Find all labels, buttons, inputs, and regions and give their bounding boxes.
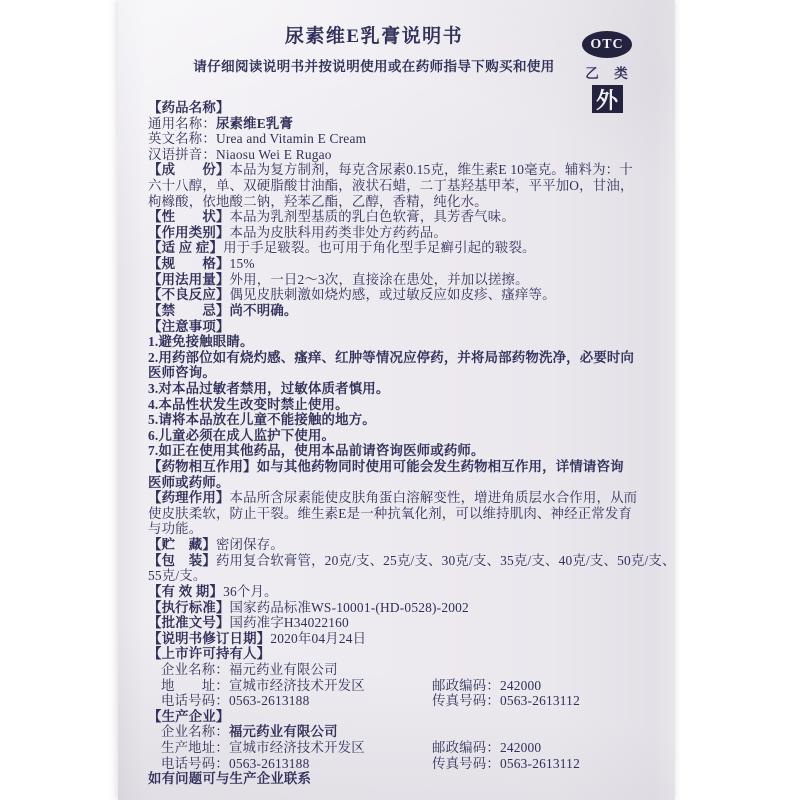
leaflet-header: 尿素维E乳膏说明书 请仔细阅读说明书并按说明使用或在药师指导下购买和使用 xyxy=(148,21,600,75)
text-segment: 【适 应 症】 xyxy=(148,240,223,255)
text-segment: 本品为复方制剂，每克含尿素0.15克，维生素E 10毫克。辅料为：十 xyxy=(230,162,633,177)
text-segment: 使皮肤柔软，防止干裂。维生素E是一种抗氧化剂，可以维持肌肉、神经正常发育 xyxy=(148,506,632,521)
line-left-column: 地 址：宣城市经济技术开发区 xyxy=(161,678,432,694)
doc-line: 1.避免接触眼睛。 xyxy=(148,334,663,350)
text-segment: 密闭保存。 xyxy=(216,537,284,552)
text-segment: 邮政编码：242000 xyxy=(432,740,541,755)
text-segment: 【注意事项】 xyxy=(148,319,230,334)
text-segment: 7.如正在使用其他药品，使用本品前请咨询医师或药师。 xyxy=(148,443,485,458)
text-segment: 通用名称： xyxy=(148,116,216,131)
line-left-column: 电话号码：0563-2613188 xyxy=(161,756,432,772)
line-left-column: 通用名称：尿素维E乳膏 xyxy=(148,116,293,131)
line-left-column: 2.用药部位如有烧灼感、瘙痒、红肿等情况应停药，并将局部药物洗净，必要时向 xyxy=(148,350,634,365)
line-left-column: 【成 份】本品为复方制剂，每克含尿素0.15克，维生素E 10毫克。辅料为：十 xyxy=(148,162,633,177)
doc-line: 6.儿童必须在成人监护下使用。 xyxy=(148,428,663,444)
text-segment: 企业名称：福元药业有限公司 xyxy=(161,662,338,677)
line-left-column: 【药物相互作用】如与其他药物同时使用可能会发生药物相互作用，详情请咨询 xyxy=(148,459,624,474)
text-segment: 6.儿童必须在成人监护下使用。 xyxy=(148,428,335,443)
line-left-column: 7.如正在使用其他药品，使用本品前请咨询医师或药师。 xyxy=(148,443,485,458)
line-left-column: 【批准文号】国药准字H34022160 xyxy=(148,615,349,630)
line-left-column: 生产地址：宣城市经济技术开发区 xyxy=(161,740,432,756)
line-left-column: 企业名称：福元药业有限公司 xyxy=(161,724,338,739)
line-left-column: 【生产企业】 xyxy=(148,709,230,724)
line-left-column: 【贮 藏】密闭保存。 xyxy=(148,537,284,552)
text-segment: 英文名称：Urea and Vitamin E Cream xyxy=(148,131,366,146)
doc-line: 枸橼酸，依地酸二钠，羟苯乙酯，乙醇，香精，纯化水。 xyxy=(148,194,663,210)
line-left-column: 6.儿童必须在成人监护下使用。 xyxy=(148,428,335,443)
text-segment: 【贮 藏】 xyxy=(148,537,216,552)
text-segment: 36个月。 xyxy=(223,584,278,599)
line-left-column: 六十八醇，单、双硬脂酸甘油酯，液状石蜡，二丁基羟基甲苯，平平加O，甘油， xyxy=(148,178,634,193)
doc-line: 【性 状】本品为乳剂型基质的乳白色软膏，具芳香气味。 xyxy=(148,209,663,225)
line-left-column: 企业名称：福元药业有限公司 xyxy=(161,662,338,677)
doc-line: 使皮肤柔软，防止干裂。维生素E是一种抗氧化剂，可以维持肌肉、神经正常发育 xyxy=(148,506,663,522)
text-segment: 如与其他药物同时使用可能会发生药物相互作用，详情请咨询 xyxy=(257,459,624,474)
doc-line: 【药理作用】本品所含尿素能使皮肤角蛋白溶解变性，增进角质层水合作用，从而 xyxy=(148,490,663,506)
doc-line: 55克/支。 xyxy=(148,568,663,584)
text-segment: 邮政编码：242000 xyxy=(432,678,541,693)
text-segment: 地 址：宣城市经济技术开发区 xyxy=(161,678,365,693)
line-left-column: 55克/支。 xyxy=(148,568,206,583)
text-segment: 尿素维E乳膏 xyxy=(216,116,293,131)
text-segment: 电话号码：0563-2613188 xyxy=(161,756,309,771)
line-left-column: 4.本品性状发生改变时禁止使用。 xyxy=(148,397,349,412)
doc-line: 【作用类别】本品为皮肤科用药类非处方药药品。 xyxy=(148,225,663,241)
doc-line: 六十八醇，单、双硬脂酸甘油酯，液状石蜡，二丁基羟基甲苯，平平加O，甘油， xyxy=(148,178,663,194)
line-left-column: 【说明书修订日期】2020年04月24日 xyxy=(148,631,366,646)
line-right-column: 传真号码：0563-2613112 xyxy=(432,756,580,772)
line-left-column: 医师咨询。 xyxy=(148,365,216,380)
text-segment: 【包 装】 xyxy=(148,553,216,568)
doc-line: 7.如正在使用其他药品，使用本品前请咨询医师或药师。 xyxy=(148,443,663,459)
doc-line: 【说明书修订日期】2020年04月24日 xyxy=(148,631,663,647)
line-left-column: 【用法用量】外用，一日2～3次，直接涂在患处，并加以搓擦。 xyxy=(148,272,529,287)
doc-line: 【不良反应】偶见皮肤刺激如烧灼感，或过敏反应如皮疹、瘙痒等。 xyxy=(148,287,663,303)
text-segment: 传真号码：0563-2613112 xyxy=(432,693,580,708)
text-segment: 4.本品性状发生改变时禁止使用。 xyxy=(148,397,349,412)
text-segment: 生产地址：宣城市经济技术开发区 xyxy=(161,740,365,755)
leaflet-paper: OTC 乙 类 外 尿素维E乳膏说明书 请仔细阅读说明书并按说明使用或在药师指导… xyxy=(118,0,675,800)
line-left-column: 医师或药师。 xyxy=(148,475,230,490)
text-segment: 如有问题可与生产企业联系 xyxy=(148,771,311,786)
line-left-column: 与功能。 xyxy=(148,521,202,536)
line-left-column: 【不良反应】偶见皮肤刺激如烧灼感，或过敏反应如皮疹、瘙痒等。 xyxy=(148,287,556,302)
line-left-column: 枸橼酸，依地酸二钠，羟苯乙酯，乙醇，香精，纯化水。 xyxy=(148,194,488,209)
leaflet-title: 尿素维E乳膏说明书 xyxy=(148,21,600,48)
doc-line: 【用法用量】外用，一日2～3次，直接涂在患处，并加以搓擦。 xyxy=(148,272,663,288)
doc-line: 【有 效 期】36个月。 xyxy=(148,584,663,600)
text-segment: 【用法用量】 xyxy=(148,272,230,287)
doc-line: 3.对本品过敏者禁用，过敏体质者慎用。 xyxy=(148,381,663,397)
line-left-column: 5.请将本品放在儿童不能接触的地方。 xyxy=(148,412,376,427)
text-segment: 六十八醇，单、双硬脂酸甘油酯，液状石蜡，二丁基羟基甲苯，平平加O，甘油， xyxy=(148,178,634,193)
doc-line: 5.请将本品放在儿童不能接触的地方。 xyxy=(148,412,663,428)
doc-line: 与功能。 xyxy=(148,521,663,537)
doc-line: 【批准文号】国药准字H34022160 xyxy=(148,615,663,631)
text-segment: 药用复合软膏管，20克/支、25克/支、30克/支、35克/支、40克/支、50… xyxy=(216,553,676,568)
line-left-column: 【禁 忌】尚不明确。 xyxy=(148,303,298,318)
text-segment: 【作用类别】 xyxy=(148,225,230,240)
text-segment: 【药物相互作用】 xyxy=(148,459,257,474)
text-segment: 1.避免接触眼睛。 xyxy=(148,334,254,349)
doc-line: 医师或药师。 xyxy=(148,475,663,491)
line-left-column: 【作用类别】本品为皮肤科用药类非处方药药品。 xyxy=(148,225,447,240)
line-left-column: 【上市许可持有人】 xyxy=(148,646,270,661)
line-left-column: 如有问题可与生产企业联系 xyxy=(148,771,311,786)
text-segment: 【有 效 期】 xyxy=(148,584,223,599)
text-segment: 企业名称： xyxy=(161,724,229,739)
text-segment: 55克/支。 xyxy=(148,568,206,583)
doc-line: 【药物相互作用】如与其他药物同时使用可能会发生药物相互作用，详情请咨询 xyxy=(148,459,663,475)
doc-line: 【包 装】药用复合软膏管，20克/支、25克/支、30克/支、35克/支、40克… xyxy=(148,553,663,569)
line-left-column: 【规 格】15% xyxy=(148,256,255,271)
text-segment: 【上市许可持有人】 xyxy=(148,646,270,661)
doc-line: 【禁 忌】尚不明确。 xyxy=(148,303,663,319)
text-segment: 【成 份】 xyxy=(148,162,230,177)
text-segment: 本品为皮肤科用药类非处方药药品。 xyxy=(230,225,447,240)
text-segment: 本品为乳剂型基质的乳白色软膏，具芳香气味。 xyxy=(230,209,515,224)
leaflet-body: 【药品名称】通用名称：尿素维E乳膏英文名称：Urea and Vitamin E… xyxy=(148,100,663,787)
doc-line: 企业名称：福元药业有限公司 xyxy=(148,724,663,740)
doc-line: 2.用药部位如有烧灼感、瘙痒、红肿等情况应停药，并将局部药物洗净，必要时向 xyxy=(148,350,663,366)
doc-line: 【适 应 症】用于手足皲裂。也可用于角化型手足癣引起的皲裂。 xyxy=(148,240,663,256)
text-segment: 2020年04月24日 xyxy=(270,631,366,646)
doc-line: 【注意事项】 xyxy=(148,319,663,335)
text-segment: 枸橼酸，依地酸二钠，羟苯乙酯，乙醇，香精，纯化水。 xyxy=(148,194,488,209)
doc-line: 电话号码：0563-2613188传真号码：0563-2613112 xyxy=(148,693,663,709)
text-segment: 15% xyxy=(230,256,255,271)
text-segment: 偶见皮肤刺激如烧灼感，或过敏反应如皮疹、瘙痒等。 xyxy=(230,287,556,302)
text-segment: 汉语拼音：Niaosu Wei E Rugao xyxy=(148,147,332,162)
text-segment: 2.用药部位如有烧灼感、瘙痒、红肿等情况应停药，并将局部药物洗净，必要时向 xyxy=(148,350,634,365)
text-segment: 福元药业有限公司 xyxy=(229,724,338,739)
line-left-column: 【适 应 症】用于手足皲裂。也可用于角化型手足癣引起的皲裂。 xyxy=(148,240,536,255)
line-left-column: 【注意事项】 xyxy=(148,319,230,334)
line-left-column: 【性 状】本品为乳剂型基质的乳白色软膏，具芳香气味。 xyxy=(148,209,515,224)
line-left-column: 汉语拼音：Niaosu Wei E Rugao xyxy=(148,147,332,162)
doc-line: 【药品名称】 xyxy=(148,100,663,116)
line-right-column: 传真号码：0563-2613112 xyxy=(432,693,580,709)
text-segment: 外用，一日2～3次，直接涂在患处，并加以搓擦。 xyxy=(230,272,529,287)
text-segment: 【规 格】 xyxy=(148,256,230,271)
doc-line: 【执行标准】国家药品标准WS-10001-(HD-0528)-2002 xyxy=(148,600,663,616)
line-left-column: 英文名称：Urea and Vitamin E Cream xyxy=(148,131,366,146)
text-segment: 医师咨询。 xyxy=(148,365,216,380)
line-left-column: 1.避免接触眼睛。 xyxy=(148,334,254,349)
line-left-column: 【包 装】药用复合软膏管，20克/支、25克/支、30克/支、35克/支、40克… xyxy=(148,553,676,568)
line-left-column: 【药理作用】本品所含尿素能使皮肤角蛋白溶解变性，增进角质层水合作用，从而 xyxy=(148,490,637,505)
line-left-column: 3.对本品过敏者禁用，过敏体质者慎用。 xyxy=(148,381,389,396)
text-segment: 【药品名称】 xyxy=(148,100,230,115)
text-segment: 传真号码：0563-2613112 xyxy=(432,756,580,771)
text-segment: 【性 状】 xyxy=(148,209,230,224)
line-left-column: 使皮肤柔软，防止干裂。维生素E是一种抗氧化剂，可以维持肌肉、神经正常发育 xyxy=(148,506,632,521)
line-left-column: 【有 效 期】36个月。 xyxy=(148,584,278,599)
text-segment: 与功能。 xyxy=(148,521,202,536)
text-segment: 国药准字H34022160 xyxy=(230,615,349,630)
text-segment: 【不良反应】 xyxy=(148,287,230,302)
text-segment: 【批准文号】 xyxy=(148,615,230,630)
text-segment: 3.对本品过敏者禁用，过敏体质者慎用。 xyxy=(148,381,389,396)
text-segment: 5.请将本品放在儿童不能接触的地方。 xyxy=(148,412,376,427)
doc-line: 4.本品性状发生改变时禁止使用。 xyxy=(148,397,663,413)
doc-line: 【上市许可持有人】 xyxy=(148,646,663,662)
doc-line: 【贮 藏】密闭保存。 xyxy=(148,537,663,553)
text-segment: 电话号码：0563-2613188 xyxy=(161,693,309,708)
doc-line: 英文名称：Urea and Vitamin E Cream xyxy=(148,131,663,147)
doc-line: 企业名称：福元药业有限公司 xyxy=(148,662,663,678)
doc-line: 地 址：宣城市经济技术开发区邮政编码：242000 xyxy=(148,678,663,694)
doc-line: 医师咨询。 xyxy=(148,365,663,381)
line-left-column: 电话号码：0563-2613188 xyxy=(161,693,432,709)
doc-line: 如有问题可与生产企业联系 xyxy=(148,771,663,787)
line-left-column: 【执行标准】国家药品标准WS-10001-(HD-0528)-2002 xyxy=(148,600,469,615)
leaflet-content: 尿素维E乳膏说明书 请仔细阅读说明书并按说明使用或在药师指导下购买和使用 【药品… xyxy=(148,0,663,787)
text-segment: 国家药品标准WS-10001-(HD-0528)-2002 xyxy=(230,600,469,615)
line-left-column: 【药品名称】 xyxy=(148,100,230,115)
leaflet-subtitle: 请仔细阅读说明书并按说明使用或在药师指导下购买和使用 xyxy=(148,55,600,75)
text-segment: 【说明书修订日期】 xyxy=(148,631,270,646)
doc-line: 通用名称：尿素维E乳膏 xyxy=(148,116,663,132)
text-segment: 尚不明确。 xyxy=(230,303,298,318)
doc-line: 【规 格】15% xyxy=(148,256,663,272)
doc-line: 电话号码：0563-2613188传真号码：0563-2613112 xyxy=(148,756,663,772)
text-segment: 【禁 忌】 xyxy=(148,303,230,318)
text-segment: 【生产企业】 xyxy=(148,709,230,724)
text-segment: 用于手足皲裂。也可用于角化型手足癣引起的皲裂。 xyxy=(223,240,536,255)
doc-line: 【成 份】本品为复方制剂，每克含尿素0.15克，维生素E 10毫克。辅料为：十 xyxy=(148,162,663,178)
text-segment: 医师或药师。 xyxy=(148,475,230,490)
doc-line: 【生产企业】 xyxy=(148,709,663,725)
text-segment: 本品所含尿素能使皮肤角蛋白溶解变性，增进角质层水合作用，从而 xyxy=(230,490,638,505)
line-right-column: 邮政编码：242000 xyxy=(432,678,541,694)
doc-line: 生产地址：宣城市经济技术开发区邮政编码：242000 xyxy=(148,740,663,756)
text-segment: 【执行标准】 xyxy=(148,600,230,615)
doc-line: 汉语拼音：Niaosu Wei E Rugao xyxy=(148,147,663,163)
text-segment: 【药理作用】 xyxy=(148,490,230,505)
line-right-column: 邮政编码：242000 xyxy=(432,740,541,756)
